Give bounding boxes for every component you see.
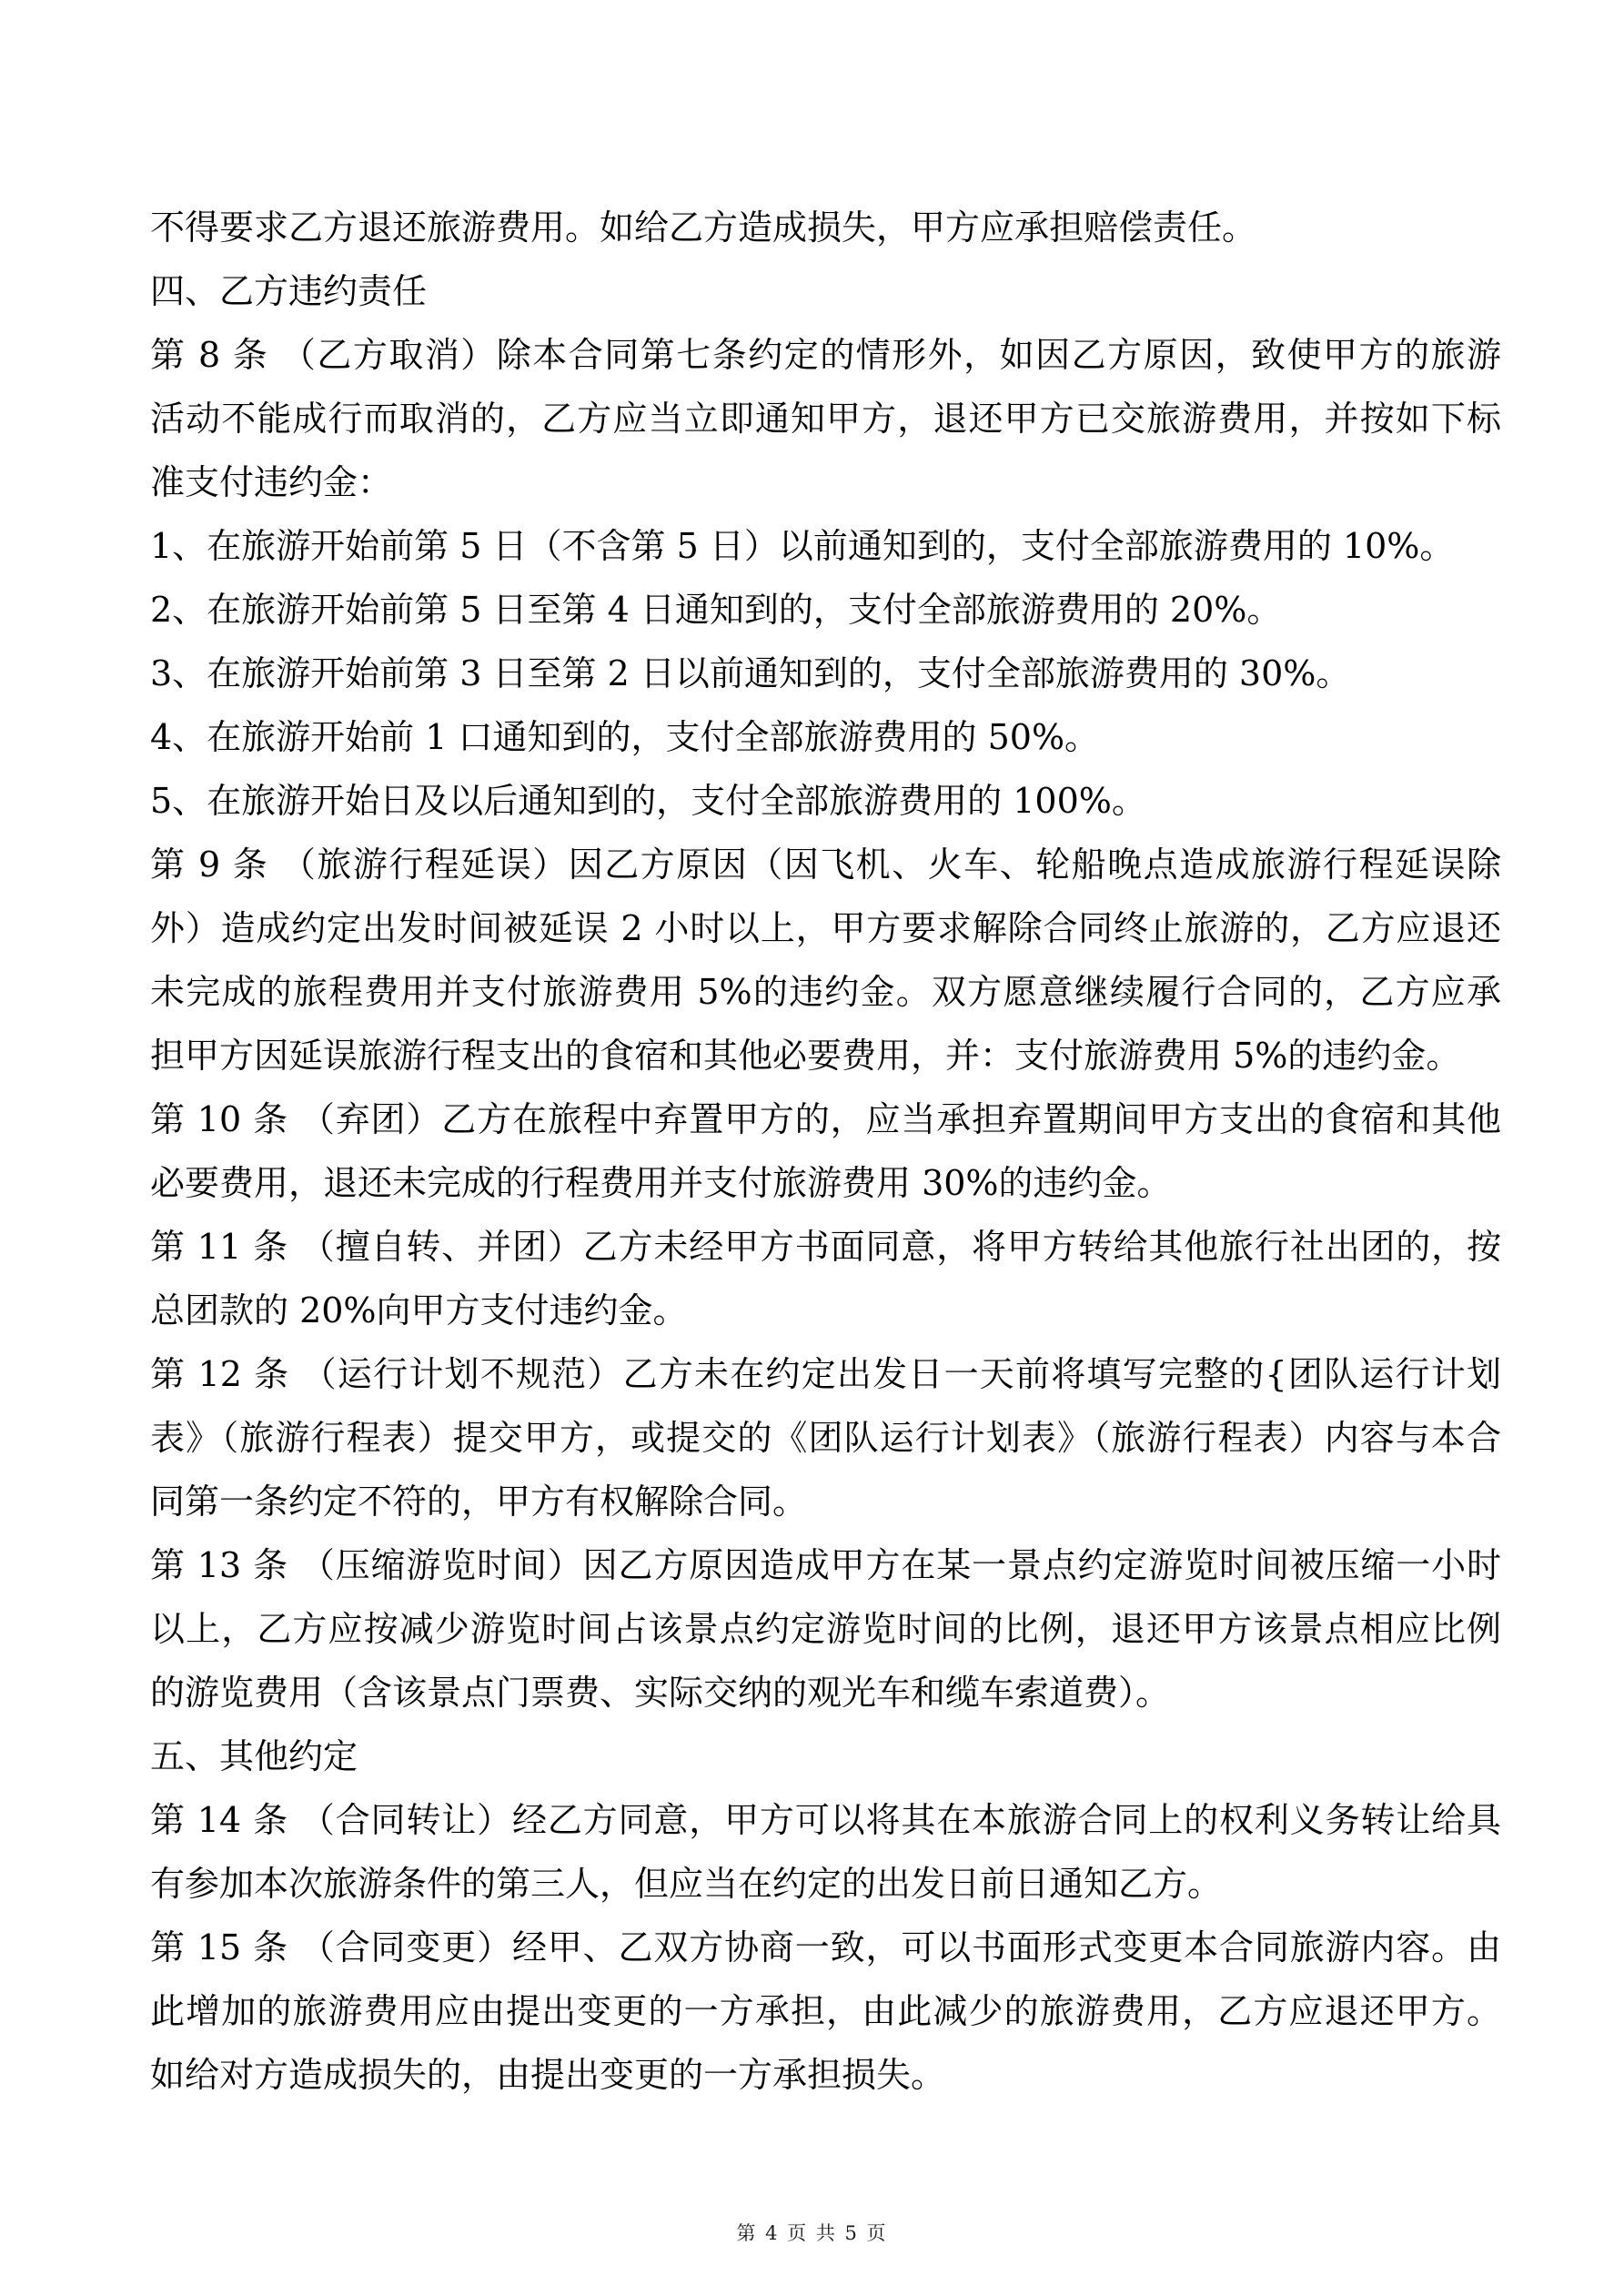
document-line: 必要费用，退还未完成的行程费用并支付旅游费用 30%的违约金。: [150, 1151, 1501, 1215]
document-line: 1、在旅游开始前第 5 日（不含第 5 日）以前通知到的，支付全部旅游费用的 1…: [150, 514, 1501, 578]
document-line: 四、乙方违约责任: [150, 259, 1501, 323]
document-line: 以上，乙方应按减少游览时间占该景点约定游览时间的比例，退还甲方该景点相应比例: [150, 1597, 1501, 1661]
document-line: 有参加本次旅游条件的第三人，但应当在约定的出发日前日通知乙方。: [150, 1852, 1501, 1916]
document-line: 如给对方造成损失的，由提出变更的一方承担损失。: [150, 2043, 1501, 2107]
document-line: 3、在旅游开始前第 3 日至第 2 日以前通知到的，支付全部旅游费用的 30%。: [150, 642, 1501, 705]
document-page: 不得要求乙方退还旅游费用。如给乙方造成损失，甲方应承担赔偿责任。 四、乙方违约责…: [0, 0, 1624, 2296]
document-line: 表》（旅游行程表）提交甲方，或提交的《团队运行计划表》（旅游行程表）内容与本合: [150, 1406, 1501, 1470]
document-line: 第 10 条 （弃团）乙方在旅程中弃置甲方的，应当承担弃置期间甲方支出的食宿和其…: [150, 1087, 1501, 1151]
document-line: 第 13 条 （压缩游览时间）因乙方原因造成甲方在某一景点约定游览时间被压缩一小…: [150, 1533, 1501, 1597]
document-line: 第 12 条 （运行计划不规范）乙方未在约定出发日一天前将填写完整的{团队运行计…: [150, 1342, 1501, 1406]
document-line: 此增加的旅游费用应由提出变更的一方承担，由此减少的旅游费用，乙方应退还甲方。: [150, 1979, 1501, 2043]
document-line: 外）造成约定出发时间被延误 2 小时以上，甲方要求解除合同终止旅游的，乙方应退还: [150, 896, 1501, 960]
document-line: 五、其他约定: [150, 1725, 1501, 1788]
document-line: 的游览费用（含该景点门票费、实际交纳的观光车和缆车索道费）。: [150, 1661, 1501, 1725]
document-line: 活动不能成行而取消的，乙方应当立即通知甲方，退还甲方已交旅游费用，并按如下标: [150, 387, 1501, 450]
document-line: 第 8 条 （乙方取消）除本合同第七条约定的情形外，如因乙方原因，致使甲方的旅游: [150, 323, 1501, 387]
document-line: 第 15 条 （合同变更）经甲、乙双方协商一致，可以书面形式变更本合同旅游内容。…: [150, 1916, 1501, 1979]
document-body: 不得要求乙方退还旅游费用。如给乙方造成损失，甲方应承担赔偿责任。 四、乙方违约责…: [150, 196, 1501, 2107]
page-footer: 第 4 页 共 5 页: [0, 2219, 1624, 2248]
document-line: 第 14 条 （合同转让）经乙方同意，甲方可以将其在本旅游合同上的权利义务转让给…: [150, 1788, 1501, 1852]
document-line: 不得要求乙方退还旅游费用。如给乙方造成损失，甲方应承担赔偿责任。: [150, 196, 1501, 259]
document-line: 同第一条约定不符的，甲方有权解除合同。: [150, 1470, 1501, 1533]
document-line: 第 9 条 （旅游行程延误）因乙方原因（因飞机、火车、轮船晚点造成旅游行程延误除: [150, 833, 1501, 896]
document-line: 第 11 条 （擅自转、并团）乙方未经甲方书面同意，将甲方转给其他旅行社出团的，…: [150, 1215, 1501, 1279]
document-line: 总团款的 20%向甲方支付违约金。: [150, 1279, 1501, 1342]
document-line: 5、在旅游开始日及以后通知到的，支付全部旅游费用的 100%。: [150, 769, 1501, 833]
document-line: 准支付违约金：: [150, 450, 1501, 514]
document-line: 未完成的旅程费用并支付旅游费用 5%的违约金。双方愿意继续履行合同的，乙方应承: [150, 960, 1501, 1024]
document-line: 担甲方因延误旅游行程支出的食宿和其他必要费用，并：支付旅游费用 5%的违约金。: [150, 1024, 1501, 1087]
document-line: 4、在旅游开始前 1 口通知到的，支付全部旅游费用的 50%。: [150, 705, 1501, 769]
document-line: 2、在旅游开始前第 5 日至第 4 日通知到的，支付全部旅游费用的 20%。: [150, 578, 1501, 642]
